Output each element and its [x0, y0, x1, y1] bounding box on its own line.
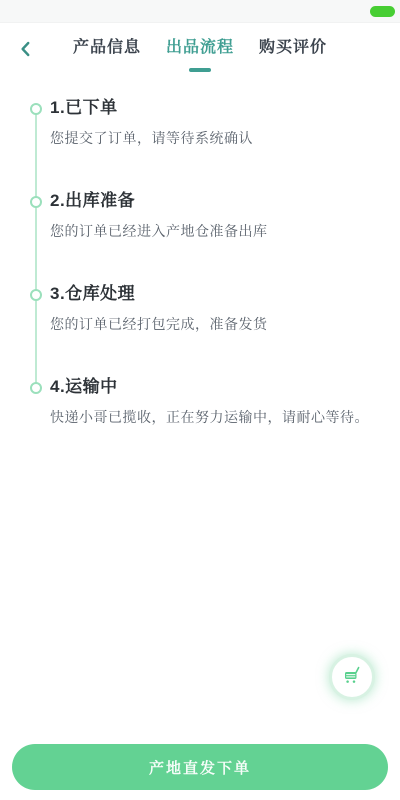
tab-label: 购买评价: [259, 37, 327, 59]
shopping-cart-icon: [340, 663, 364, 692]
app-screen: 产品信息 出品流程 购买评价 1.已下单 您提交了订单，请等待系统确认 2.出库…: [0, 0, 400, 800]
step-description: 您的订单已经进入产地仓准备出库: [50, 222, 376, 241]
cart-button[interactable]: [329, 654, 375, 700]
timeline-dot: [30, 103, 42, 115]
nav-bar: 产品信息 出品流程 购买评价: [0, 23, 400, 85]
direct-order-button[interactable]: 产地直发下单: [12, 744, 388, 790]
timeline-step-4: 4.运输中 快递小哥已揽收，正在努力运输中，请耐心等待。: [50, 375, 376, 427]
tab-label: 产品信息: [73, 37, 141, 59]
tab-purchase-reviews[interactable]: 购买评价: [259, 37, 327, 72]
step-description: 您的订单已经打包完成，准备发货: [50, 315, 376, 334]
step-title: 4.运输中: [50, 375, 376, 399]
tab-product-info[interactable]: 产品信息: [73, 37, 141, 72]
tab-bar: 产品信息 出品流程 购买评价: [0, 23, 400, 85]
timeline-dot: [30, 382, 42, 394]
battery-icon: [370, 6, 395, 17]
timeline-step-2: 2.出库准备 您的订单已经进入产地仓准备出库: [50, 189, 376, 282]
active-tab-underline: [189, 68, 211, 72]
step-title: 3.仓库处理: [50, 282, 376, 306]
tab-underline: [282, 68, 304, 72]
status-bar: [0, 0, 400, 23]
direct-order-button-label: 产地直发下单: [149, 757, 251, 778]
tab-production-process[interactable]: 出品流程: [166, 37, 234, 72]
step-title: 2.出库准备: [50, 189, 376, 213]
timeline-rail: [35, 109, 37, 389]
tab-label: 出品流程: [166, 37, 234, 59]
order-process-timeline: 1.已下单 您提交了订单，请等待系统确认 2.出库准备 您的订单已经进入产地仓准…: [0, 88, 400, 427]
timeline-dot: [30, 196, 42, 208]
tab-underline: [96, 68, 118, 72]
step-title: 1.已下单: [50, 96, 376, 120]
timeline-step-1: 1.已下单 您提交了订单，请等待系统确认: [50, 96, 376, 189]
timeline-dot: [30, 289, 42, 301]
step-description: 您提交了订单，请等待系统确认: [50, 129, 376, 148]
timeline-step-3: 3.仓库处理 您的订单已经打包完成，准备发货: [50, 282, 376, 375]
step-description: 快递小哥已揽收，正在努力运输中，请耐心等待。: [50, 408, 376, 427]
